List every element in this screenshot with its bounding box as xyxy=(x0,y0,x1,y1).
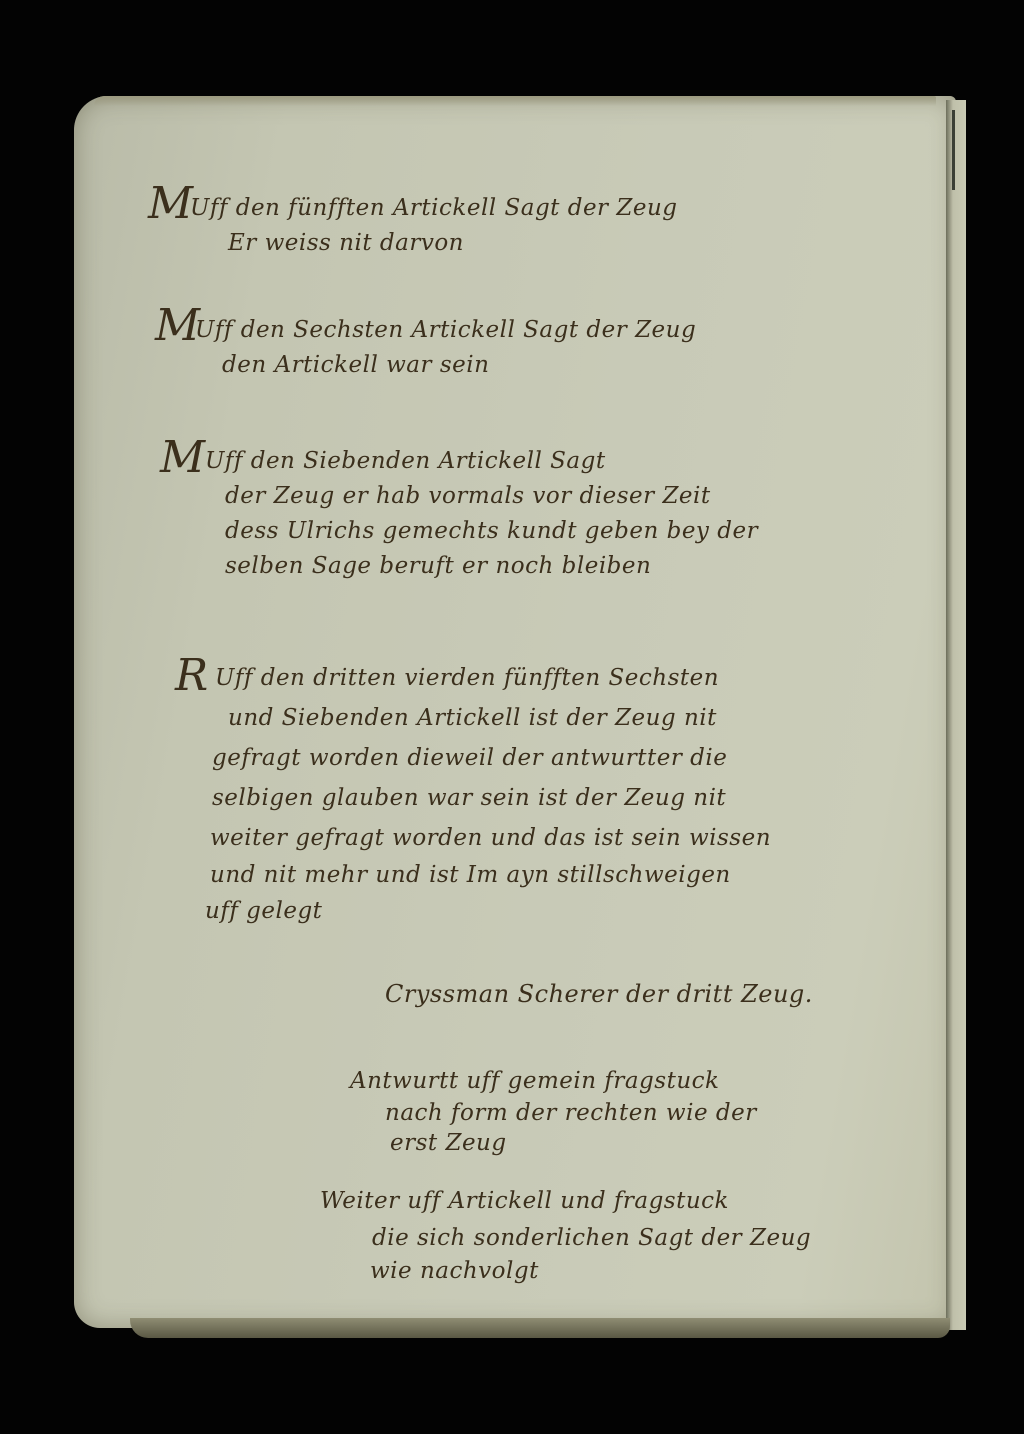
text-line: der Zeug er hab vormals vor dieser Zeit xyxy=(225,483,711,509)
paragraph-marker: M xyxy=(155,300,200,351)
text-line: Weiter uff Artickell und fragstuck xyxy=(320,1188,729,1214)
text-line: Er weiss nit darvon xyxy=(228,230,464,256)
text-line: selben Sage beruft er noch bleiben xyxy=(225,553,651,579)
text-line: gefragt worden dieweil der antwurtter di… xyxy=(212,745,727,771)
text-line: die sich sonderlichen Sagt der Zeug xyxy=(372,1225,811,1251)
text-line: Antwurtt uff gemein fragstuck xyxy=(350,1068,719,1094)
text-line: und nit mehr und ist Im ayn stillschweig… xyxy=(210,862,731,888)
text-line: Uff den Sechsten Artickell Sagt der Zeug xyxy=(195,317,696,343)
text-line: nach form der rechten wie der xyxy=(385,1100,757,1126)
paragraph-marker: M xyxy=(148,178,193,229)
text-line: selbigen glauben war sein ist der Zeug n… xyxy=(212,785,726,811)
paragraph-marker: R xyxy=(175,650,208,701)
text-line: Uff den fünfften Artickell Sagt der Zeug xyxy=(190,195,678,221)
binding-thread xyxy=(952,110,955,190)
text-line: erst Zeug xyxy=(390,1130,507,1156)
text-line: den Artickell war sein xyxy=(222,352,489,378)
text-line: weiter gefragt worden und das ist sein w… xyxy=(210,825,771,851)
text-line: und Siebenden Artickell ist der Zeug nit xyxy=(228,705,717,731)
text-line: wie nachvolgt xyxy=(370,1258,539,1284)
text-line: uff gelegt xyxy=(205,898,322,924)
paragraph-marker: M xyxy=(160,432,205,483)
text-line: Uff den dritten vierden fünfften Sechste… xyxy=(215,665,719,691)
page-bottom-edge xyxy=(130,1318,950,1338)
text-line: Uff den Siebenden Artickell Sagt xyxy=(205,448,606,474)
text-line: dess Ulrichs gemechts kundt geben bey de… xyxy=(225,518,758,544)
binding-spine xyxy=(946,100,966,1330)
witness-heading: Cryssman Scherer der dritt Zeug. xyxy=(385,980,813,1008)
